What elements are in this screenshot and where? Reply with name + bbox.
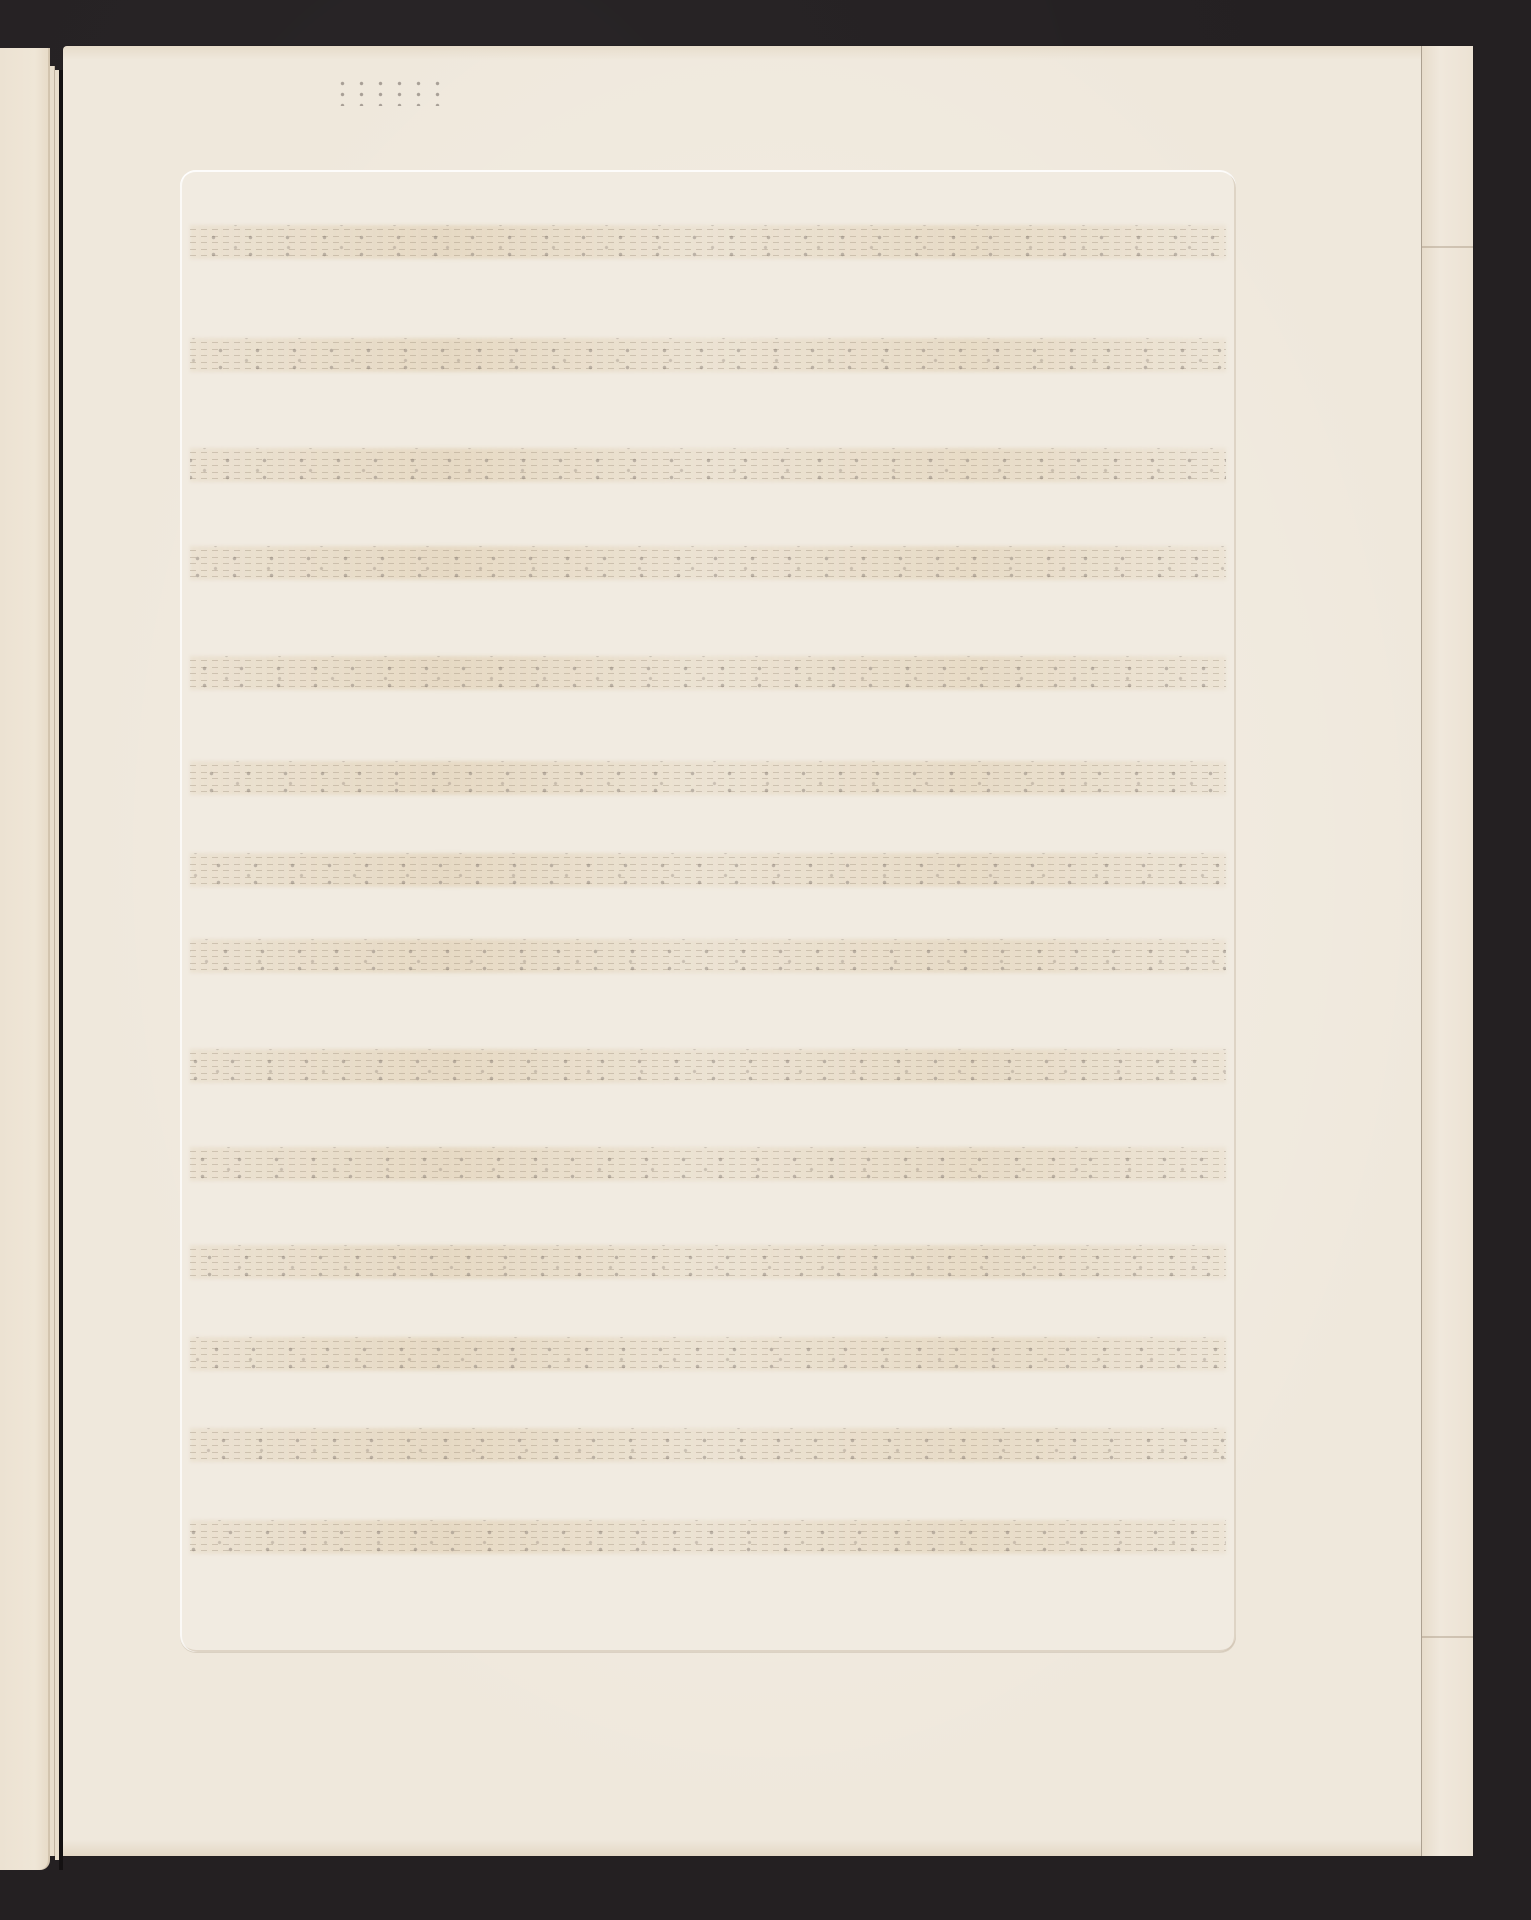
main-leaf bbox=[63, 46, 1473, 1856]
notehead-show-through bbox=[190, 1049, 1226, 1083]
notehead-show-through bbox=[190, 939, 1226, 973]
notehead-show-through bbox=[190, 656, 1226, 690]
staff-system-show-through bbox=[190, 1147, 1226, 1181]
staff-system-show-through bbox=[190, 853, 1226, 887]
notehead-show-through bbox=[190, 546, 1226, 580]
staff-system-show-through bbox=[190, 546, 1226, 580]
faint-ink-marks bbox=[333, 78, 443, 106]
folded-margin bbox=[1421, 46, 1473, 1856]
notehead-show-through bbox=[190, 853, 1226, 887]
staff-system-show-through bbox=[190, 1428, 1226, 1462]
notehead-show-through bbox=[190, 225, 1226, 259]
notehead-show-through bbox=[190, 448, 1226, 482]
notehead-show-through bbox=[190, 1520, 1226, 1554]
previous-leaf-edge bbox=[0, 48, 50, 1870]
fold-crease bbox=[1422, 246, 1473, 248]
staff-system-show-through bbox=[190, 225, 1226, 259]
plate-mark bbox=[180, 170, 1236, 1652]
notehead-show-through bbox=[190, 1147, 1226, 1181]
staff-system-show-through bbox=[190, 761, 1226, 795]
staff-system-show-through bbox=[190, 1245, 1226, 1279]
staff-system-show-through bbox=[190, 1520, 1226, 1554]
notehead-show-through bbox=[190, 1245, 1226, 1279]
notehead-show-through bbox=[190, 1337, 1226, 1371]
staff-system-show-through bbox=[190, 1049, 1226, 1083]
fold-crease bbox=[1422, 1636, 1473, 1638]
staff-system-show-through bbox=[190, 656, 1226, 690]
staff-system-show-through bbox=[190, 338, 1226, 372]
staff-system-show-through bbox=[190, 448, 1226, 482]
notehead-show-through bbox=[190, 761, 1226, 795]
staff-system-show-through bbox=[190, 1337, 1226, 1371]
staff-system-show-through bbox=[190, 939, 1226, 973]
notehead-show-through bbox=[190, 1428, 1226, 1462]
notehead-show-through bbox=[190, 338, 1226, 372]
